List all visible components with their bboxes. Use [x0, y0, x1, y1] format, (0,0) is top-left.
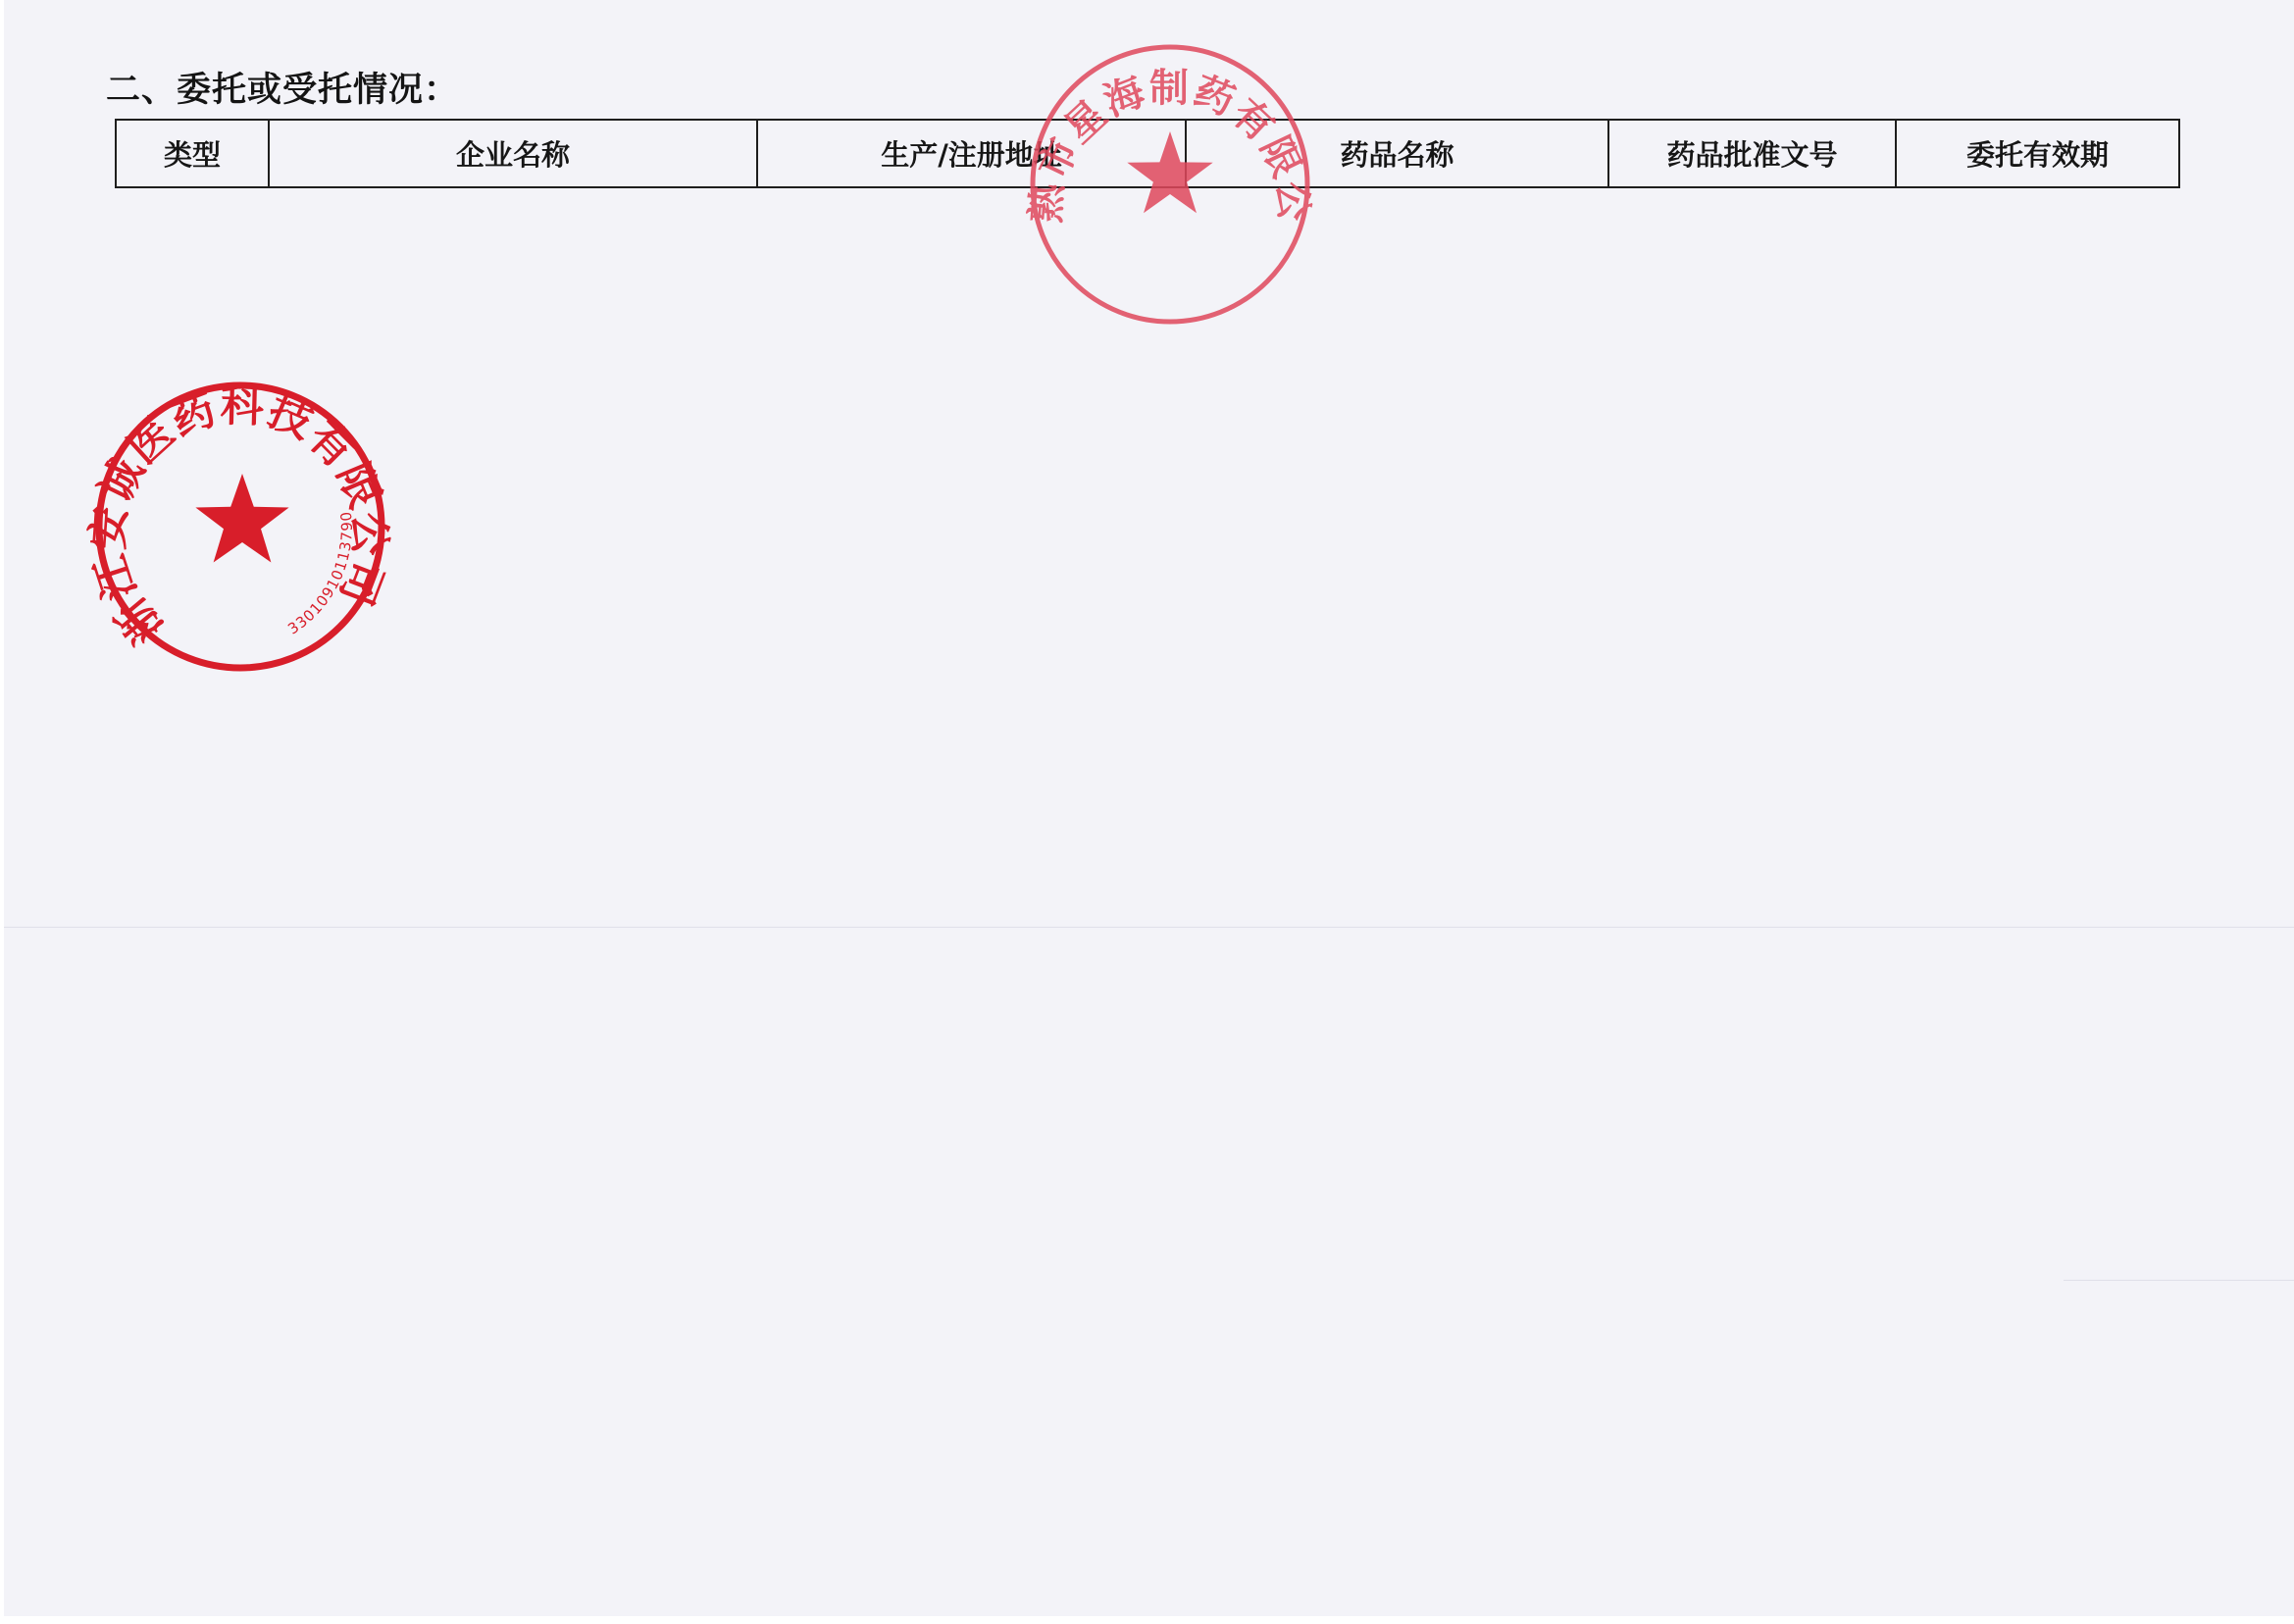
header-type: 类型 [116, 120, 269, 187]
scan-artifact-line [4, 927, 2294, 928]
header-company-name: 企业名称 [269, 120, 757, 187]
header-drug-name: 药品名称 [1186, 120, 1608, 187]
scanned-page [4, 0, 2294, 1616]
header-validity-period: 委托有效期 [1896, 120, 2179, 187]
header-approval-number: 药品批准文号 [1608, 120, 1896, 187]
scan-artifact-line [2064, 1280, 2294, 1281]
table-header-row: 类型 企业名称 生产/注册地址 药品名称 药品批准文号 委托有效期 [116, 120, 2179, 187]
section-title: 二、委托或受托情况： [106, 63, 459, 112]
entrust-table: 类型 企业名称 生产/注册地址 药品名称 药品批准文号 委托有效期 [115, 119, 2180, 188]
header-address: 生产/注册地址 [757, 120, 1186, 187]
